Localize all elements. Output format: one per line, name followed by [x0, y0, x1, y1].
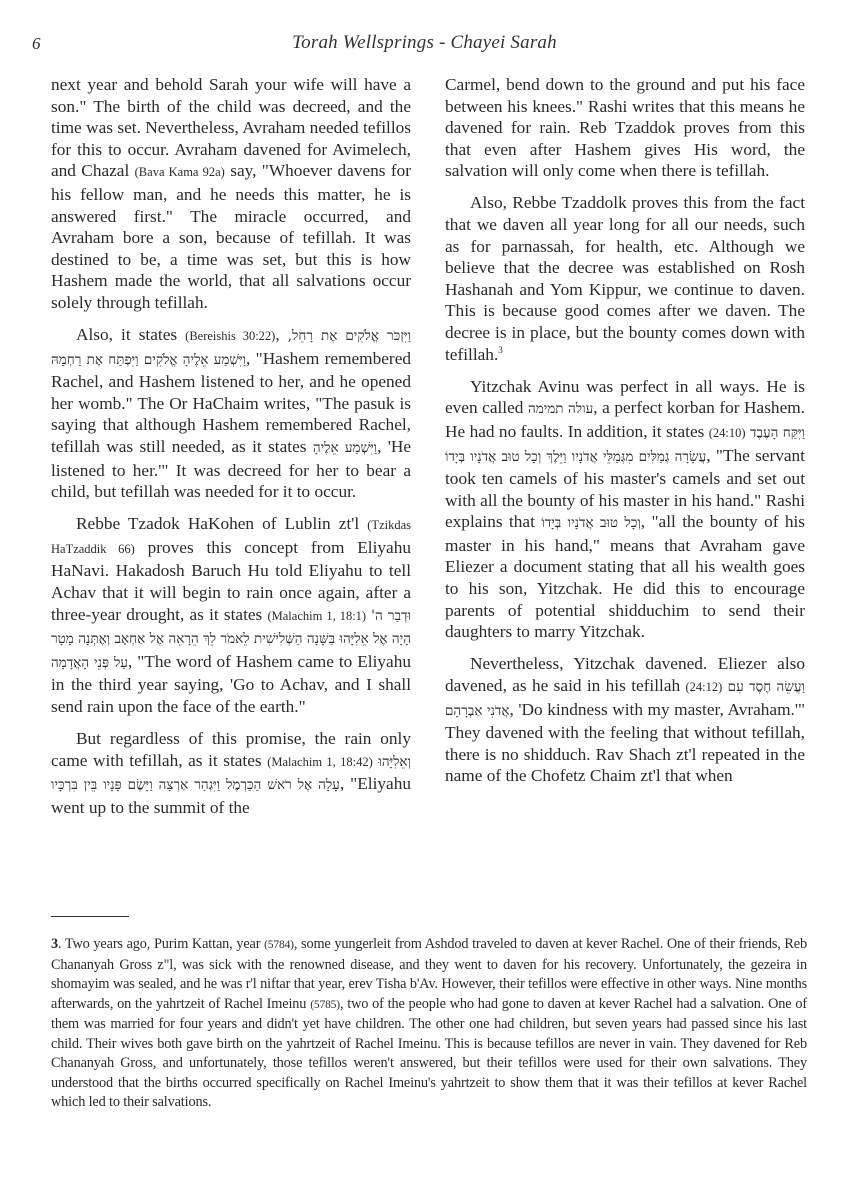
left-column: next year and behold Sarah your wife wil… — [51, 74, 411, 829]
footnote-ref[interactable]: 3 — [498, 345, 503, 355]
paragraph: next year and behold Sarah your wife wil… — [51, 74, 411, 314]
paragraph: Yitzchak Avinu was perfect in all ways. … — [445, 376, 805, 643]
source-citation: (Malachim 1, 18:42) — [267, 755, 373, 769]
paragraph: Also, it states (Bereishis 30:22), וַיִּ… — [51, 324, 411, 503]
footnote: 3. Two years ago, Purim Kattan, year (57… — [51, 935, 807, 1113]
footnote-divider — [51, 916, 129, 917]
paragraph: Rebbe Tzadok HaKohen of Lublin zt'l (Tzi… — [51, 513, 411, 717]
source-citation: (24:12) — [686, 680, 723, 694]
source-citation: (Malachim 1, 18:1) — [267, 609, 366, 623]
source-citation: (Bava Kama 92a) — [135, 165, 225, 179]
footnote-number: 3 — [51, 936, 58, 952]
paragraph: Carmel, bend down to the ground and put … — [445, 74, 805, 182]
source-citation: (24:10) — [709, 426, 746, 440]
page-header: 6 Torah Wellsprings - Chayei Sarah — [0, 30, 849, 60]
source-citation: (Bereishis 30:22) — [185, 329, 275, 343]
hebrew-quote: עולה תמימה — [528, 401, 593, 417]
running-title: Torah Wellsprings - Chayei Sarah — [0, 32, 849, 54]
paragraph: Nevertheless, Yitzchak davened. Eliezer … — [445, 653, 805, 787]
hebrew-quote: וְכָל טוּב אֲדֹנָיו בְּיָדוֹ — [541, 515, 641, 531]
footnotes: 3. Two years ago, Purim Kattan, year (57… — [51, 935, 807, 1113]
right-column: Carmel, bend down to the ground and put … — [445, 74, 805, 797]
paragraph: But regardless of this promise, the rain… — [51, 728, 411, 818]
hebrew-quote: וַיִּשְׁמַע אֵלֶיהָ — [313, 440, 377, 456]
paragraph: Also, Rebbe Tzaddolk proves this from th… — [445, 192, 805, 365]
